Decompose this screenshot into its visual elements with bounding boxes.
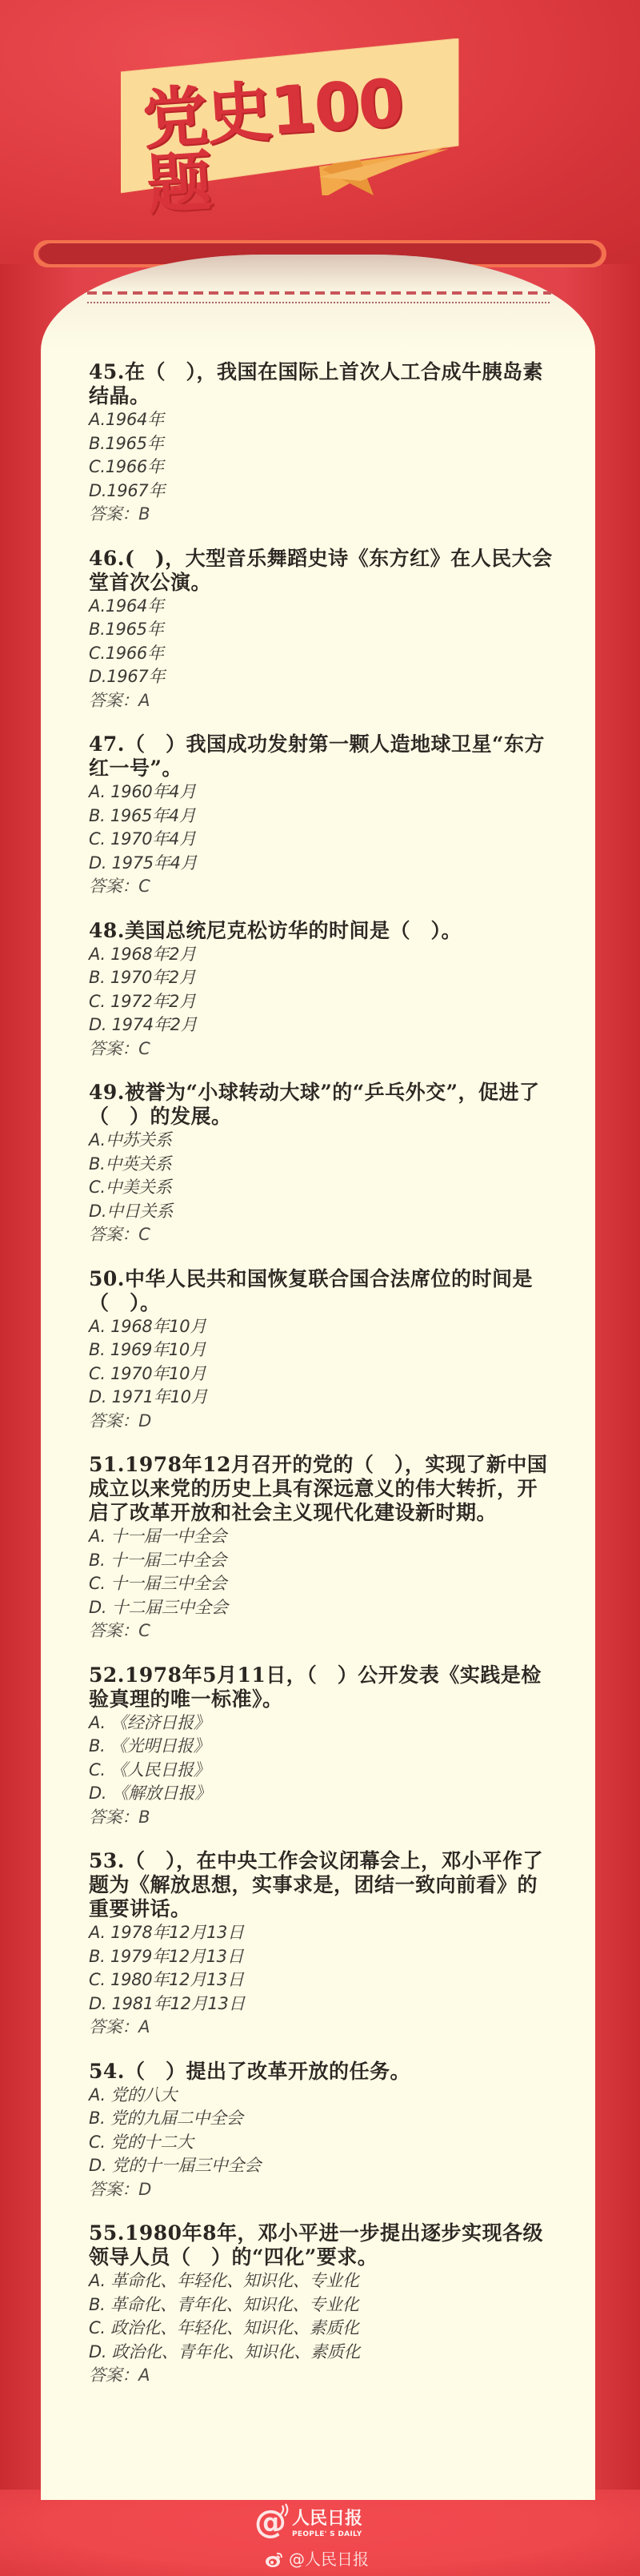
weibo-icon xyxy=(265,2550,284,2568)
question-text: 54.（ ）提出了改革开放的任务。 xyxy=(89,2060,553,2084)
option-c: C. 政治化、年轻化、知识化、素质化 xyxy=(89,2317,553,2341)
answer: 答案：A xyxy=(89,2364,553,2388)
option-a: A. 1968年2月 xyxy=(89,943,553,967)
question-text: 46.( )，大型音乐舞蹈史诗《东方红》在人民大会堂首次公演。 xyxy=(89,547,553,595)
option-d: D. 1974年2月 xyxy=(89,1013,553,1037)
option-d: D. 《解放日报》 xyxy=(89,1782,553,1806)
option-b: B. 1969年10月 xyxy=(89,1338,553,1362)
answer: 答案：D xyxy=(89,1410,553,1434)
answer: 答案：B xyxy=(89,1806,553,1830)
option-b: B.中英关系 xyxy=(89,1153,553,1177)
option-c: C.1966年 xyxy=(89,455,553,479)
option-b: B.1965年 xyxy=(89,432,553,456)
option-c: C.中美关系 xyxy=(89,1176,553,1200)
question-text: 51.1978年12月召开的党的（ ），实现了新中国成立以来党的历史上具有深远意… xyxy=(89,1453,553,1525)
answer: 答案：C xyxy=(89,1619,553,1643)
question-text: 47.（ ）我国成功发射第一颗人造地球卫星“东方红一号”。 xyxy=(89,732,553,780)
option-d: D.1967年 xyxy=(89,665,553,689)
question-list: 45.在（ ），我国在国际上首次人工合成牛胰岛素结晶。 A.1964年 B.19… xyxy=(89,360,553,2408)
question-item: 52.1978年5月11日，（ ）公开发表《实践是检验真理的唯一标准》。 A. … xyxy=(89,1663,553,1830)
option-b: B. 革命化、青年化、知识化、专业化 xyxy=(89,2293,553,2317)
answer: 答案：D xyxy=(89,2178,553,2202)
question-text: 50.中华人民共和国恢复联合国合法席位的时间是（ ）。 xyxy=(89,1267,553,1315)
question-item: 55.1980年8年，邓小平进一步提出逐步实现各级领导人员（ ）的“四化”要求。… xyxy=(89,2221,553,2388)
title-banner: 党史100题 xyxy=(121,38,521,195)
option-b: B. 党的九届二中全会 xyxy=(89,2107,553,2131)
option-c: C. 1980年12月13日 xyxy=(89,1968,553,1992)
question-text: 45.在（ ），我国在国际上首次人工合成牛胰岛素结晶。 xyxy=(89,360,553,408)
option-d: D. 1971年10月 xyxy=(89,1386,553,1410)
logo-english: PEOPLE' S DAILY xyxy=(292,2530,362,2538)
option-c: C. 1970年4月 xyxy=(89,828,553,852)
question-item: 49.被誉为“小球转动大球”的“乒乓外交”，促进了（ ）的发展。 A.中苏关系 … xyxy=(89,1081,553,1247)
question-item: 54.（ ）提出了改革开放的任务。 A. 党的八大 B. 党的九届二中全会 C.… xyxy=(89,2060,553,2202)
question-item: 48.美国总统尼克松访华的时间是（ ）。 A. 1968年2月 B. 1970年… xyxy=(89,919,553,1061)
question-text: 53.（ ），在中央工作会议闭幕会上，邓小平作了题为《解放思想，实事求是，团结一… xyxy=(89,1849,553,1921)
option-a: A.中苏关系 xyxy=(89,1129,553,1153)
option-a: A. 1968年10月 xyxy=(89,1315,553,1339)
question-item: 53.（ ），在中央工作会议闭幕会上，邓小平作了题为《解放思想，实事求是，团结一… xyxy=(89,1849,553,2040)
question-item: 51.1978年12月召开的党的（ ），实现了新中国成立以来党的历史上具有深远意… xyxy=(89,1453,553,1643)
option-d: D. 十二届三中全会 xyxy=(89,1596,553,1620)
option-a: A. 《经济日报》 xyxy=(89,1711,553,1735)
option-d: D. 1981年12月13日 xyxy=(89,1992,553,2016)
option-c: C.1966年 xyxy=(89,642,553,666)
question-item: 47.（ ）我国成功发射第一颗人造地球卫星“东方红一号”。 A. 1960年4月… xyxy=(89,732,553,899)
option-a: A. 十一届一中全会 xyxy=(89,1525,553,1549)
option-a: A. 1960年4月 xyxy=(89,780,553,804)
option-c: C. 1972年2月 xyxy=(89,990,553,1014)
question-item: 50.中华人民共和国恢复联合国合法席位的时间是（ ）。 A. 1968年10月 … xyxy=(89,1267,553,1434)
option-c: C. 十一届三中全会 xyxy=(89,1572,553,1596)
dotted-divider xyxy=(87,302,551,303)
page-title: 党史100题 xyxy=(141,67,469,219)
answer: 答案：A xyxy=(89,689,553,713)
question-text: 48.美国总统尼克松访华的时间是（ ）。 xyxy=(89,919,553,943)
weibo-watermark: @人民日报 xyxy=(265,2547,369,2571)
peoples-daily-logo: @ 人民日报 PEOPLE' S DAILY xyxy=(254,2506,382,2542)
weibo-handle: @人民日报 xyxy=(289,2550,369,2569)
answer: 答案：B xyxy=(89,503,553,527)
option-a: A. 1978年12月13日 xyxy=(89,1921,553,1945)
logo-chinese: 人民日报 xyxy=(292,2510,362,2529)
option-b: B. 《光明日报》 xyxy=(89,1735,553,1759)
question-text: 52.1978年5月11日，（ ）公开发表《实践是检验真理的唯一标准》。 xyxy=(89,1663,553,1711)
option-c: C. 《人民日报》 xyxy=(89,1759,553,1783)
option-b: B. 十一届二中全会 xyxy=(89,1549,553,1573)
option-b: B. 1965年4月 xyxy=(89,804,553,829)
answer: 答案：C xyxy=(89,875,553,899)
answer: 答案：C xyxy=(89,1037,553,1061)
option-b: B.1965年 xyxy=(89,618,553,642)
option-d: D. 1975年4月 xyxy=(89,852,553,876)
answer: 答案：A xyxy=(89,2016,553,2040)
option-c: C. 1970年10月 xyxy=(89,1362,553,1386)
option-b: B. 1979年12月13日 xyxy=(89,1945,553,1969)
option-a: A. 党的八大 xyxy=(89,2084,553,2108)
dashed-divider xyxy=(87,291,551,295)
question-item: 45.在（ ），我国在国际上首次人工合成牛胰岛素结晶。 A.1964年 B.19… xyxy=(89,360,553,527)
answer: 答案：C xyxy=(89,1223,553,1247)
question-text: 49.被誉为“小球转动大球”的“乒乓外交”，促进了（ ）的发展。 xyxy=(89,1081,553,1129)
option-b: B. 1970年2月 xyxy=(89,966,553,990)
option-a: A.1964年 xyxy=(89,595,553,619)
question-item: 46.( )，大型音乐舞蹈史诗《东方红》在人民大会堂首次公演。 A.1964年 … xyxy=(89,547,553,713)
question-text: 55.1980年8年，邓小平进一步提出逐步实现各级领导人员（ ）的“四化”要求。 xyxy=(89,2221,553,2269)
option-d: D.1967年 xyxy=(89,479,553,504)
option-d: D. 政治化、青年化、知识化、素质化 xyxy=(89,2341,553,2365)
option-a: A. 革命化、年轻化、知识化、专业化 xyxy=(89,2269,553,2293)
option-a: A.1964年 xyxy=(89,408,553,432)
option-d: D. 党的十一届三中全会 xyxy=(89,2154,553,2178)
option-d: D.中日关系 xyxy=(89,1200,553,1224)
option-c: C. 党的十二大 xyxy=(89,2131,553,2155)
